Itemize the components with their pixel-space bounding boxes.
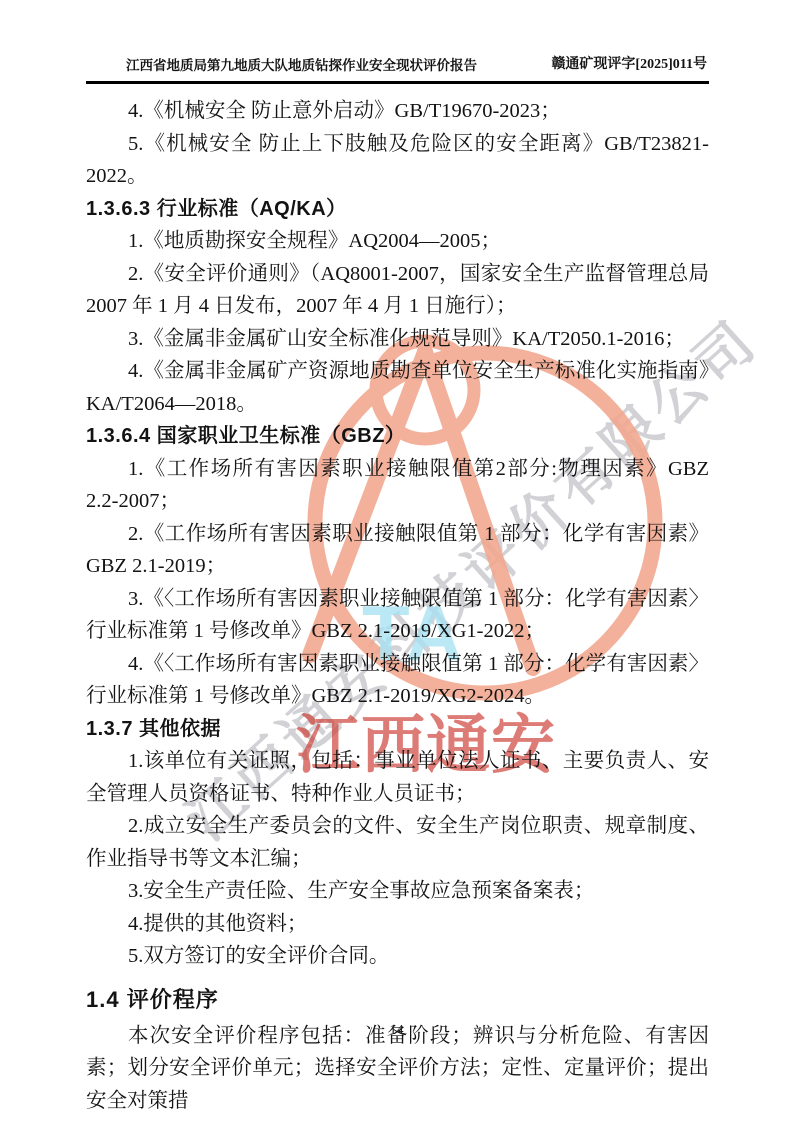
body-paragraph: 5.双方签订的安全评价合同。 [86, 940, 709, 973]
body-paragraph: 4.《金属非金属矿产资源地质勘查单位安全生产标准化实施指南》KA/T2064—2… [86, 355, 709, 420]
header-report-title: 江西省地质局第九地质大队地质钻探作业安全现状评价报告 [126, 57, 477, 75]
section-heading: 1.3.6.4 国家职业卫生标准（GBZ） [86, 420, 709, 453]
page-header: 江西省地质局第九地质大队地质钻探作业安全现状评价报告 赣通矿现评字[2025]0… [86, 56, 709, 84]
document-body: 4.《机械安全 防止意外启动》GB/T19670-2023； 5.《机械安全 防… [86, 95, 709, 1117]
body-paragraph: 5.《机械安全 防止上下肢触及危险区的安全距离》GB/T23821-2022。 [86, 128, 709, 193]
body-paragraph: 3.《〈工作场所有害因素职业接触限值第 1 部分：化学有害因素〉行业标准第 1 … [86, 583, 709, 648]
chapter-heading: 1.4 评价程序 [86, 983, 709, 1017]
page-number: 14 [0, 1023, 793, 1039]
section-heading: 1.3.6.3 行业标准（AQ/KA） [86, 193, 709, 226]
body-paragraph: 2.《安全评价通则》（AQ8001-2007，国家安全生产监督管理总局 2007… [86, 258, 709, 323]
body-paragraph: 1.该单位有关证照，包括：事业单位法人证书、主要负责人、安全管理人员资格证书、特… [86, 745, 709, 810]
body-paragraph: 1.《地质勘探安全规程》AQ2004—2005； [86, 225, 709, 258]
body-paragraph: 4.提供的其他资料； [86, 908, 709, 941]
body-paragraph: 3.《金属非金属矿山安全标准化规范导则》KA/T2050.1-2016； [86, 323, 709, 356]
body-paragraph: 2.成立安全生产委员会的文件、安全生产岗位职责、规章制度、作业指导书等文本汇编； [86, 810, 709, 875]
report-page: 江西通安科技评价有限公司 TA 江西通安 江西省地质局第九地质大队地质钻探作业安… [0, 0, 793, 1122]
section-heading: 1.3.7 其他依据 [86, 713, 709, 746]
body-paragraph: 4.《〈工作场所有害因素职业接触限值第 1 部分：化学有害因素〉行业标准第 1 … [86, 648, 709, 713]
body-paragraph: 1.《工作场所有害因素职业接触限值第2部分:物理因素》GBZ 2.2-2007； [86, 453, 709, 518]
header-doc-number: 赣通矿现评字[2025]011号 [551, 56, 707, 74]
body-paragraph: 2.《工作场所有害因素职业接触限值第 1 部分：化学有害因素》GBZ 2.1-2… [86, 518, 709, 583]
page-content: 江西省地质局第九地质大队地质钻探作业安全现状评价报告 赣通矿现评字[2025]0… [0, 0, 793, 1122]
body-paragraph: 4.《机械安全 防止意外启动》GB/T19670-2023； [86, 95, 709, 128]
body-paragraph: 3.安全生产责任险、生产安全事故应急预案备案表； [86, 875, 709, 908]
